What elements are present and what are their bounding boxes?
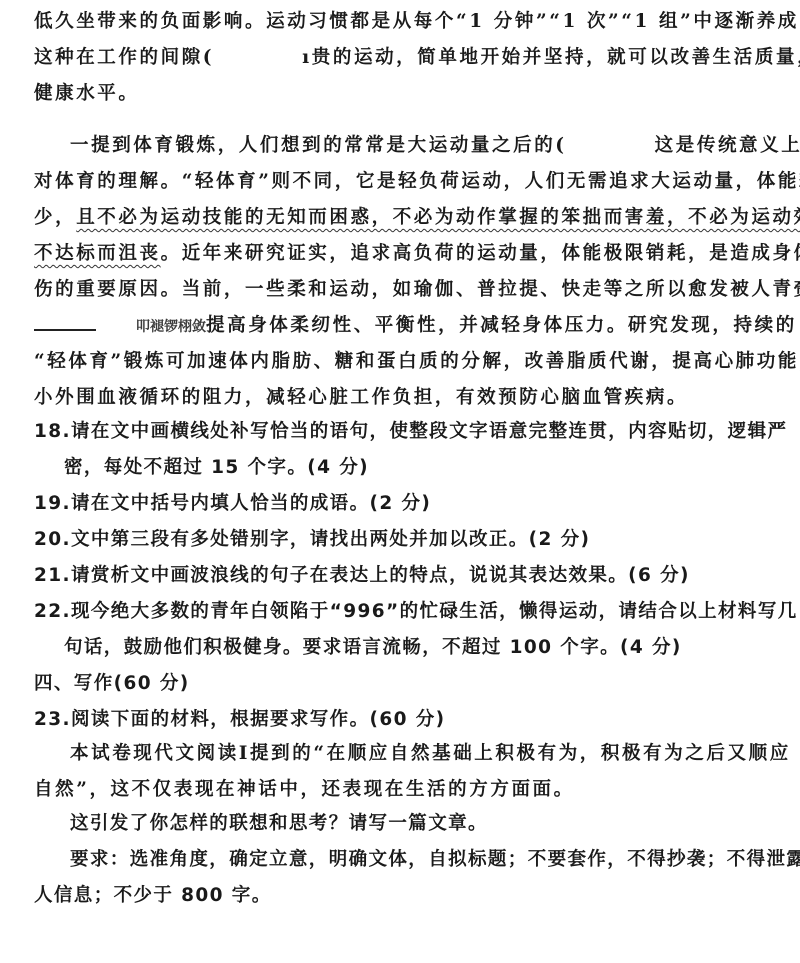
passage-line: 小外围血液循环的阻力，减轻心脏工作负担，有效预防心脑血管疾病。 <box>34 386 688 410</box>
question-text: 阅读下面的材料，根据要求写作。(60 分) <box>71 709 446 730</box>
passage-line: 低久坐带来的负面影响。运动习惯都是从每个“1 分钟”“1 次”“1 组”中逐渐养… <box>34 10 800 34</box>
wavy-underlined-sentence: 不达标而沮丧 <box>34 243 161 264</box>
question-number: 23. <box>34 709 71 730</box>
writing-question: 这引发了你怎样的联想和思考？请写一篇文章。 <box>70 812 488 836</box>
passage-text: 伤的重要原因。当前，一些柔和运动，如瑜伽、普拉提、快走等之所以愈发被人青赍· <box>34 279 800 300</box>
requirements-text: 要求：选准角度，确定立意，明确文体，自拟标题；不要套作，不得抄袭；不得泄露个 <box>70 849 800 870</box>
question-22-continued: 句话，鼓励他们积极健身。要求语言流畅，不超过 100 个字。(4 分) <box>64 636 682 660</box>
question-number: 21. <box>34 565 71 586</box>
passage-text: 这是传统意义上 <box>655 135 800 156</box>
writing-requirements-continued: 人信息；不少于 800 字。 <box>34 884 272 908</box>
passage-text: 对体育的理解。“轻体育”则不同，它是轻负荷运动，人们无需追求大运动量，体能耗费 <box>34 171 800 192</box>
passage-text: 健康水平。 <box>34 83 140 104</box>
passage-text: 这种在工作的间隙( <box>34 47 214 68</box>
passage-line: 这种在工作的间隙(ı贵的运动，简单地开始并坚持，就可以改善生活质量，提升 <box>34 46 800 70</box>
passage-line: 健康水平。 <box>34 82 140 106</box>
question-text: 文中第三段有多处错别字，请找出两处并加以改正。(2 分) <box>71 529 590 550</box>
section-heading: 四、写作(60 分) <box>34 672 190 696</box>
question-number: 18. <box>34 421 71 442</box>
passage-line: 叩褪锣栩敛提高身体柔纫性、平衡性，并减轻身体压力。研究发现，持续的 <box>34 314 797 338</box>
question-22: 22.现今绝大多数的青年白领陷于“996”的忙碌生活，懒得运动，请结合以上材料写… <box>34 600 798 624</box>
passage-line: 不达标而沮丧。近年来研究证实，追求高负荷的运动量，体能极限销耗，是造成身体损 <box>34 242 800 266</box>
question-text: 请在文中画横线处补写恰当的语句，使整段文字语意完整连贯，内容贴切，逻辑严 <box>71 421 787 442</box>
passage-line: 对体育的理解。“轻体育”则不同，它是轻负荷运动，人们无需追求大运动量，体能耗费 <box>34 170 800 194</box>
question-text: 密，每处不超过 15 个字。(4 分) <box>64 457 369 478</box>
passage-text: 。近年来研究证实，追求高负荷的运动量，体能极限销耗，是造成身体损 <box>161 243 800 264</box>
question-text: 这引发了你怎样的联想和思考？请写一篇文章。 <box>70 813 488 834</box>
question-text: 现今绝大多数的青年白领陷于“996”的忙碌生活，懒得运动，请结合以上材料写几 <box>71 601 798 622</box>
question-text: 请赏析文中画波浪线的句子在表达上的特点，说说其表达效果。(6 分) <box>71 565 690 586</box>
question-21: 21.请赏析文中画波浪线的句子在表达上的特点，说说其表达效果。(6 分) <box>34 564 690 588</box>
passage-text: ı贵的运动，简单地开始并坚持，就可以改善生活质量，提升 <box>302 47 800 68</box>
smudged-text: 叩褪锣栩敛 <box>136 319 206 335</box>
passage-text: “轻体育”锻炼可加速体内脂肪、糖和蛋白质的分解，改善脂质代谢，提高心肺功能，减 <box>34 351 800 372</box>
question-20: 20.文中第三段有多处错别字，请找出两处并加以改正。(2 分) <box>34 528 590 552</box>
question-number: 19. <box>34 493 71 514</box>
material-line: 自然”，这不仅表现在神话中，还表现在生活的方方面面。 <box>34 778 575 802</box>
question-18: 18.请在文中画横线处补写恰当的语句，使整段文字语意完整连贯，内容贴切，逻辑严 <box>34 420 787 444</box>
wavy-underlined-sentence: 且不必为运动技能的无知而困惑，不必为动作掌握的笨拙而害羞，不必为运动效果 <box>76 207 800 228</box>
fill-in-blank-line <box>34 315 96 331</box>
passage-line: 一提到体育锻炼，人们想到的常常是大运动量之后的(这是传统意义上 <box>70 134 800 158</box>
question-text: 请在文中括号内填人恰当的成语。(2 分) <box>71 493 431 514</box>
passage-line: 少，且不必为运动技能的无知而困惑，不必为动作掌握的笨拙而害羞，不必为运动效果 <box>34 206 800 230</box>
material-line: 本试卷现代文阅读Ⅰ提到的“在顺应自然基础上积极有为，积极有为之后又顺应 <box>70 742 791 766</box>
material-text: 自然”，这不仅表现在神话中，还表现在生活的方方面面。 <box>34 779 575 800</box>
passage-text: 一提到体育锻炼，人们想到的常常是大运动量之后的( <box>70 135 567 156</box>
question-18-continued: 密，每处不超过 15 个字。(4 分) <box>64 456 369 480</box>
requirements-text: 人信息；不少于 800 字。 <box>34 885 272 906</box>
material-text: 本试卷现代文阅读Ⅰ提到的“在顺应自然基础上积极有为，积极有为之后又顺应 <box>70 743 791 764</box>
writing-requirements: 要求：选准角度，确定立意，明确文体，自拟标题；不要套作，不得抄袭；不得泄露个 <box>70 848 800 872</box>
question-number: 22. <box>34 601 71 622</box>
passage-text: 提高身体柔纫性、平衡性，并减轻身体压力。研究发现，持续的 <box>206 315 797 336</box>
question-23: 23.阅读下面的材料，根据要求写作。(60 分) <box>34 708 445 732</box>
passage-line: 伤的重要原因。当前，一些柔和运动，如瑜伽、普拉提、快走等之所以愈发被人青赍· <box>34 278 800 302</box>
passage-text: 低久坐带来的负面影响。运动习惯都是从每个“1 分钟”“1 次”“1 组”中逐渐养… <box>34 11 800 32</box>
question-19: 19.请在文中括号内填人恰当的成语。(2 分) <box>34 492 431 516</box>
passage-text: 少， <box>34 207 76 228</box>
question-text: 句话，鼓励他们积极健身。要求语言流畅，不超过 100 个字。(4 分) <box>64 637 682 658</box>
passage-text: 小外围血液循环的阻力，减轻心脏工作负担，有效预防心脑血管疾病。 <box>34 387 688 408</box>
question-number: 20. <box>34 529 71 550</box>
section-title: 四、写作(60 分) <box>34 673 190 694</box>
passage-line: “轻体育”锻炼可加速体内脂肪、糖和蛋白质的分解，改善脂质代谢，提高心肺功能，减 <box>34 350 800 374</box>
